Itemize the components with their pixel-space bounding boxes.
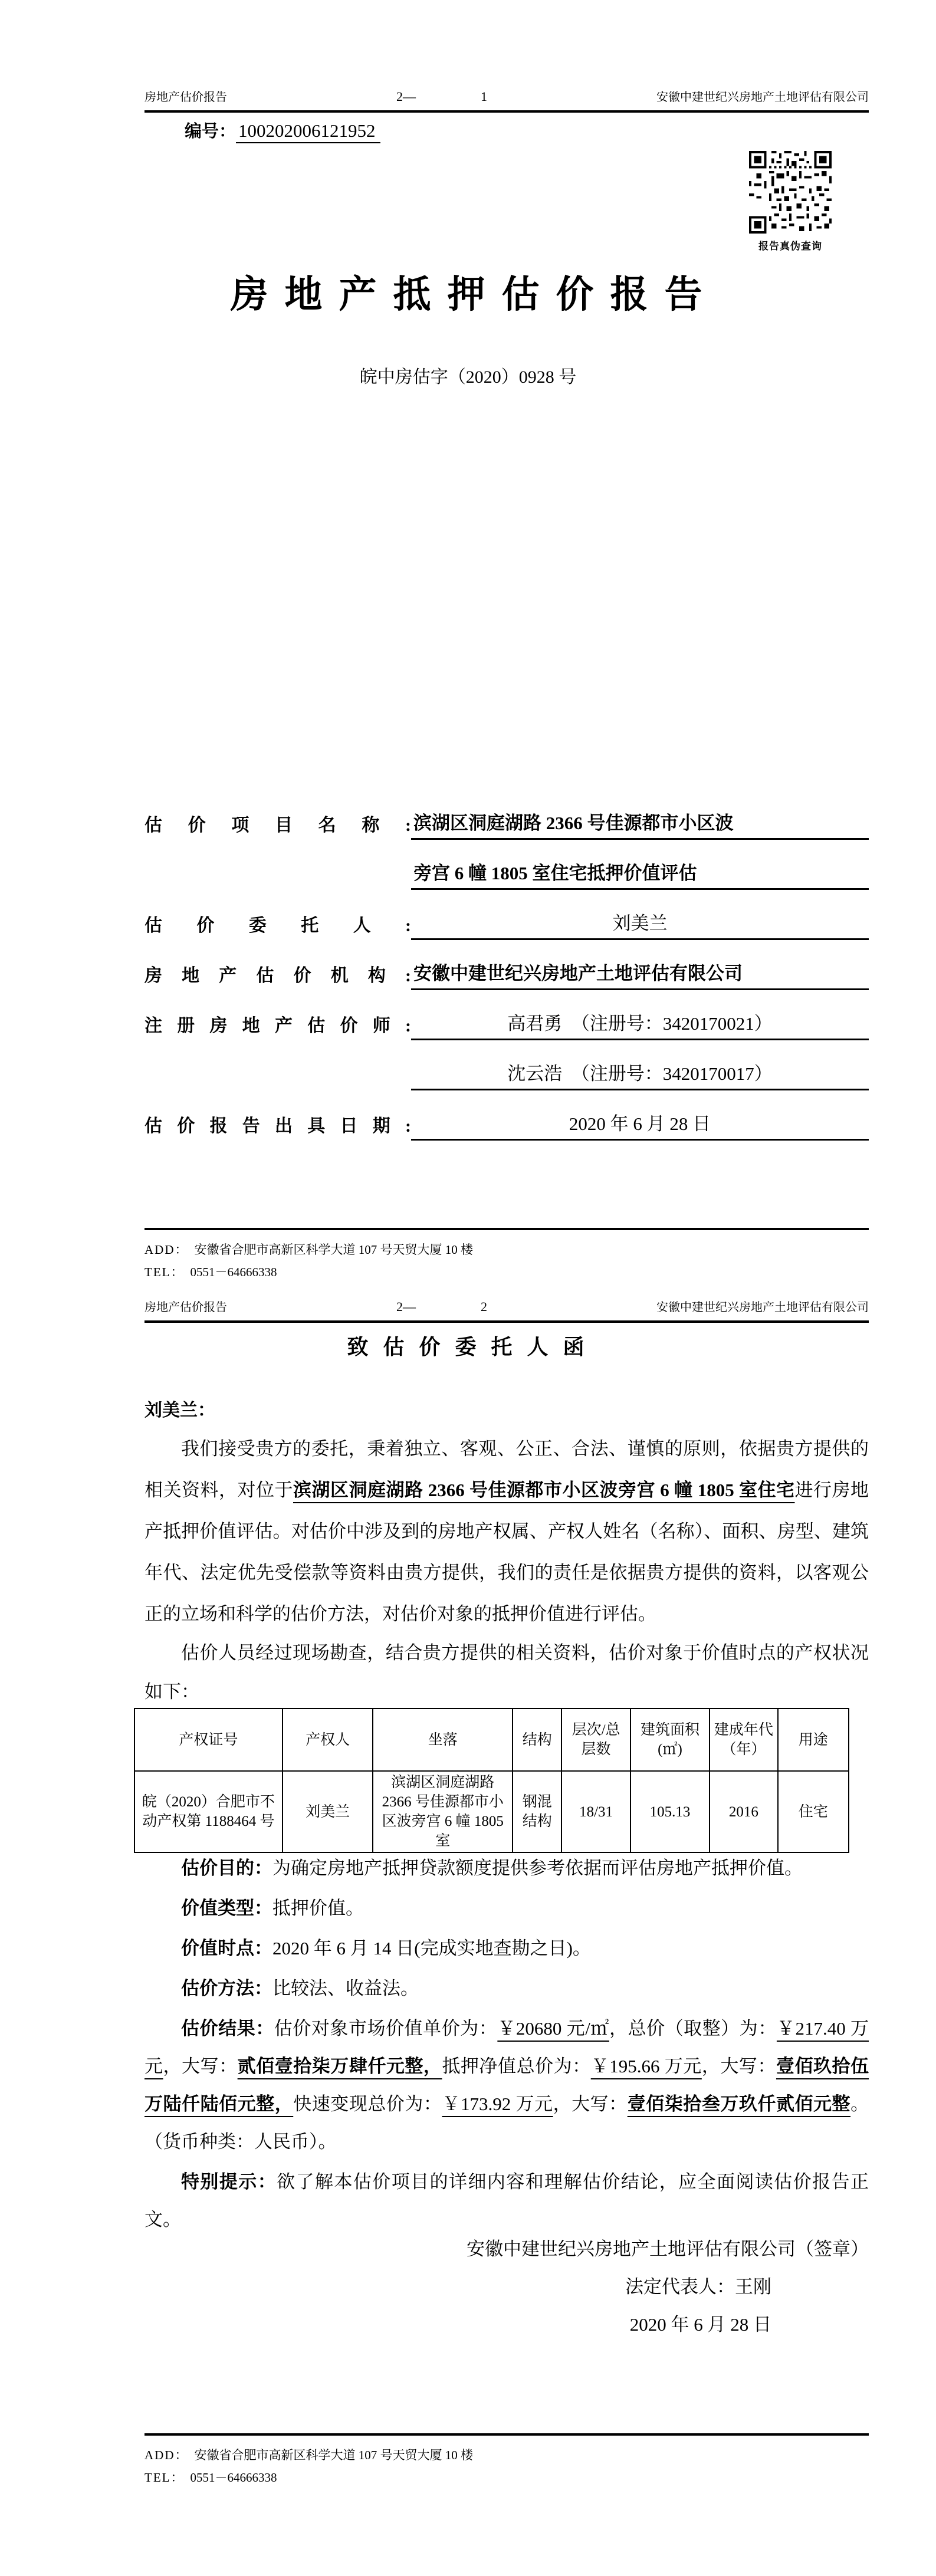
table-header-row: 产权证号 产权人 坐落 结构 层次/总层数 建筑面积(㎡) 建成年代（年） 用途 bbox=[134, 1708, 849, 1771]
header-page-number: 2— 2 bbox=[396, 1299, 487, 1315]
value-type-label: 价值类型： bbox=[181, 1898, 272, 1918]
project-name-value-line1: 滨湖区洞庭湖路 2366 号佳源都市小区波 bbox=[411, 808, 869, 840]
property-address-emphasis: 滨湖区洞庭湖路 2366 号佳源都市小区波旁宫 6 幢 1805 室住宅 bbox=[293, 1480, 795, 1500]
footer-add-label: ADD： bbox=[144, 1243, 189, 1257]
cell-use: 住宅 bbox=[778, 1771, 849, 1852]
letter-paragraph-2: 估价人员经过现场勘查，结合贵方提供的相关资料，估价对象于价值时点的产权状况如下： bbox=[144, 1634, 869, 1711]
header-page-count-prefix: 2— bbox=[396, 89, 416, 104]
col-header-use: 用途 bbox=[778, 1708, 849, 1771]
col-header-location: 坐落 bbox=[373, 1708, 513, 1771]
footer-address: 安徽省合肥市高新区科学大道 107 号天贸大厦 10 楼 bbox=[195, 2448, 474, 2462]
col-header-area: 建筑面积(㎡) bbox=[630, 1708, 710, 1771]
appraisal-purpose-label: 估价目的： bbox=[181, 1858, 272, 1878]
cell-location: 滨湖区洞庭湖路2366 号佳源都市小区波旁宫 6 幢 1805室 bbox=[373, 1771, 513, 1852]
value-date-text: 2020 年 6 月 14 日(完成实地查勘之日)。 bbox=[272, 1938, 591, 1959]
header-page-num: 2 bbox=[481, 1299, 487, 1315]
result-text: ，大写： bbox=[553, 2094, 628, 2114]
footer-address-line: ADD：安徽省合肥市高新区科学大道 107 号天贸大厦 10 楼 bbox=[144, 1238, 869, 1261]
footer-tel-line: TEL：0551－64666338 bbox=[144, 2466, 869, 2489]
document-number-line: 编号：100202006121952 bbox=[185, 118, 380, 142]
cell-owner: 刘美兰 bbox=[283, 1771, 373, 1852]
form-row-appraiser-2: 沈云浩 （注册号：3420170017） bbox=[144, 1053, 869, 1090]
report-reference-number: 皖中房估字（2020）0928 号 bbox=[0, 362, 936, 388]
page1-running-header: 房地产估价报告 2— 1 安徽中建世纪兴房地产土地评估有限公司 bbox=[144, 87, 869, 113]
cell-structure: 钢混结构 bbox=[513, 1771, 561, 1852]
client-value: 刘美兰 bbox=[411, 908, 869, 940]
letter-salutation: 刘美兰： bbox=[144, 1395, 215, 1421]
special-note-label: 特别提示： bbox=[181, 2171, 277, 2192]
appraisal-purpose-text: 为确定房地产抵押贷款额度提供参考依据而评估房地产抵押价值。 bbox=[272, 1858, 803, 1878]
letter-title: 致 估 价 委 托 人 函 bbox=[0, 1330, 936, 1361]
appraisal-method-label: 估价方法： bbox=[181, 1978, 272, 1999]
paragraph-text: 进行房地产抵押价值评估。对估价中涉及到的房地产权属、产权人姓名（名称）、面积、房… bbox=[144, 1480, 869, 1624]
special-note: 特别提示：欲了解本估价项目的详细内容和理解估价结论，应全面阅读估价报告正文。 bbox=[144, 2163, 869, 2239]
col-header-floor: 层次/总层数 bbox=[561, 1708, 630, 1771]
header-page-num: 1 bbox=[481, 89, 487, 104]
quick-sale-capital: 壹佰柒拾叁万玖仟贰佰元整 bbox=[628, 2094, 850, 2114]
quick-sale-value: ￥173.92 万元 bbox=[442, 2094, 553, 2114]
footer-address-line: ADD：安徽省合肥市高新区科学大道 107 号天贸大厦 10 楼 bbox=[144, 2444, 869, 2466]
col-header-certificate-no: 产权证号 bbox=[134, 1708, 283, 1771]
value-type-text: 抵押价值。 bbox=[272, 1898, 364, 1918]
form-row-client: 估价委托人: 刘美兰 bbox=[144, 902, 869, 940]
col-header-structure: 结构 bbox=[513, 1708, 561, 1771]
footer-tel-line: TEL：0551－64666338 bbox=[144, 1261, 869, 1283]
qr-verification-block: 报告真伪查询 bbox=[747, 151, 834, 252]
value-date: 价值时点：2020 年 6 月 14 日(完成实地查勘之日)。 bbox=[144, 1930, 869, 1967]
total-price-capital: 贰佰壹拾柒万肆仟元整， bbox=[238, 2056, 442, 2076]
footer-address: 安徽省合肥市高新区科学大道 107 号天贸大厦 10 楼 bbox=[195, 1243, 474, 1257]
qr-caption: 报告真伪查询 bbox=[747, 238, 834, 252]
appraisal-report-document: 房地产估价报告 2— 1 安徽中建世纪兴房地产土地评估有限公司 编号：10020… bbox=[0, 0, 936, 2576]
client-label: 估价委托人: bbox=[144, 911, 411, 940]
result-text: ，大写： bbox=[163, 2056, 238, 2076]
appraisal-method: 估价方法：比较法、收益法。 bbox=[144, 1970, 869, 2007]
result-text: 估价对象市场价值单价为： bbox=[274, 2018, 498, 2039]
cell-floor: 18/31 bbox=[561, 1771, 630, 1852]
agency-label: 房地产估价机构: bbox=[144, 961, 411, 990]
page2-footer: ADD：安徽省合肥市高新区科学大道 107 号天贸大厦 10 楼 TEL：055… bbox=[144, 2433, 869, 2489]
cell-area: 105.13 bbox=[630, 1771, 710, 1852]
net-mortgage-value: ￥195.66 万元 bbox=[591, 2056, 702, 2076]
issue-date-value: 2020 年 6 月 28 日 bbox=[411, 1109, 869, 1141]
result-text: 抵押净值总价为： bbox=[442, 2056, 590, 2076]
form-row-project-name-cont: 旁宫 6 幢 1805 室住宅抵押价值评估 bbox=[144, 852, 869, 890]
form-row-issue-date: 估价报告出具日期: 2020 年 6 月 28 日 bbox=[144, 1103, 869, 1141]
appraisal-summary-section: 估价目的：为确定房地产抵押贷款额度提供参考依据而评估房地产抵押价值。 价值类型：… bbox=[144, 1849, 869, 2241]
signature-date: 2020 年 6 月 28 日 bbox=[144, 2306, 869, 2344]
header-company-name: 安徽中建世纪兴房地产土地评估有限公司 bbox=[656, 1297, 869, 1315]
property-rights-table: 产权证号 产权人 坐落 结构 层次/总层数 建筑面积(㎡) 建成年代（年） 用途… bbox=[134, 1708, 849, 1853]
qr-code-icon bbox=[749, 151, 832, 234]
footer-tel-label: TEL： bbox=[144, 2470, 184, 2485]
appraisal-result-label: 估价结果： bbox=[181, 2018, 274, 2039]
col-header-owner: 产权人 bbox=[283, 1708, 373, 1771]
appraiser-1-value: 高君勇 （注册号：3420170021） bbox=[411, 1008, 869, 1040]
appraiser-label: 注册房地产估价师: bbox=[144, 1011, 411, 1040]
appraisal-purpose: 估价目的：为确定房地产抵押贷款额度提供参考依据而评估房地产抵押价值。 bbox=[144, 1849, 869, 1887]
signature-legal-representative: 法定代表人：王刚 bbox=[144, 2268, 869, 2306]
signature-company: 安徽中建世纪兴房地产土地评估有限公司（签章） bbox=[144, 2230, 869, 2268]
header-page-number: 2— 1 bbox=[396, 89, 487, 104]
letter-paragraph-1: 我们接受贵方的委托，秉着独立、客观、公正、合法、谨慎的原则，依据贵方提供的相关资… bbox=[144, 1428, 869, 1635]
result-text: 快速变现总价为： bbox=[293, 2094, 442, 2114]
page1-footer: ADD：安徽省合肥市高新区科学大道 107 号天贸大厦 10 楼 TEL：055… bbox=[144, 1228, 869, 1283]
issue-date-label: 估价报告出具日期: bbox=[144, 1111, 411, 1141]
form-row-project-name: 估价项目名称: 滨湖区洞庭湖路 2366 号佳源都市小区波 bbox=[144, 802, 869, 840]
page2-running-header: 房地产估价报告 2— 2 安徽中建世纪兴房地产土地评估有限公司 bbox=[144, 1297, 869, 1323]
page-1: 房地产估价报告 2— 1 安徽中建世纪兴房地产土地评估有限公司 编号：10020… bbox=[0, 0, 936, 1288]
result-text: ，总价（取整）为： bbox=[609, 2018, 777, 2039]
document-number-label: 编号： bbox=[185, 122, 236, 141]
header-doc-type: 房地产估价报告 bbox=[144, 87, 227, 104]
footer-tel-label: TEL： bbox=[144, 1265, 184, 1279]
form-row-agency: 房地产估价机构: 安徽中建世纪兴房地产土地评估有限公司 bbox=[144, 952, 869, 990]
appraisal-result: 估价结果：估价对象市场价值单价为：￥20680 元/㎡，总价（取整）为：￥217… bbox=[144, 2010, 869, 2161]
header-doc-type: 房地产估价报告 bbox=[144, 1297, 227, 1315]
signature-block: 安徽中建世纪兴房地产土地评估有限公司（签章） 法定代表人：王刚 2020 年 6… bbox=[144, 2230, 869, 2344]
value-type: 价值类型：抵押价值。 bbox=[144, 1890, 869, 1927]
appraiser-2-value: 沈云浩 （注册号：3420170017） bbox=[411, 1059, 869, 1090]
cell-year-built: 2016 bbox=[710, 1771, 777, 1852]
result-text: ，大写： bbox=[702, 2056, 776, 2076]
footer-tel: 0551－64666338 bbox=[190, 1265, 277, 1279]
document-number-value: 100202006121952 bbox=[236, 120, 380, 143]
footer-tel: 0551－64666338 bbox=[190, 2470, 277, 2485]
footer-add-label: ADD： bbox=[144, 2448, 189, 2462]
form-row-appraiser-1: 注册房地产估价师: 高君勇 （注册号：3420170021） bbox=[144, 1003, 869, 1040]
project-name-value-line2: 旁宫 6 幢 1805 室住宅抵押价值评估 bbox=[411, 858, 869, 890]
cell-certificate-no: 皖（2020）合肥市不动产权第 1188464 号 bbox=[134, 1771, 283, 1852]
table-data-row: 皖（2020）合肥市不动产权第 1188464 号 刘美兰 滨湖区洞庭湖路236… bbox=[134, 1771, 849, 1852]
header-company-name: 安徽中建世纪兴房地产土地评估有限公司 bbox=[656, 87, 869, 104]
unit-price-value: ￥20680 元/㎡ bbox=[497, 2018, 609, 2039]
agency-value: 安徽中建世纪兴房地产土地评估有限公司 bbox=[411, 958, 869, 990]
page-2: 房地产估价报告 2— 2 安徽中建世纪兴房地产土地评估有限公司 致 估 价 委 … bbox=[0, 1288, 936, 2576]
project-name-label: 估价项目名称: bbox=[144, 810, 411, 840]
header-page-count-prefix: 2— bbox=[396, 1299, 416, 1315]
cover-form: 估价项目名称: 滨湖区洞庭湖路 2366 号佳源都市小区波 旁宫 6 幢 180… bbox=[144, 802, 869, 1153]
report-title: 房 地 产 抵 押 估 价 报 告 bbox=[0, 264, 936, 318]
appraisal-method-text: 比较法、收益法。 bbox=[272, 1978, 419, 1999]
col-header-year-built: 建成年代（年） bbox=[710, 1708, 777, 1771]
value-date-label: 价值时点： bbox=[181, 1938, 272, 1959]
